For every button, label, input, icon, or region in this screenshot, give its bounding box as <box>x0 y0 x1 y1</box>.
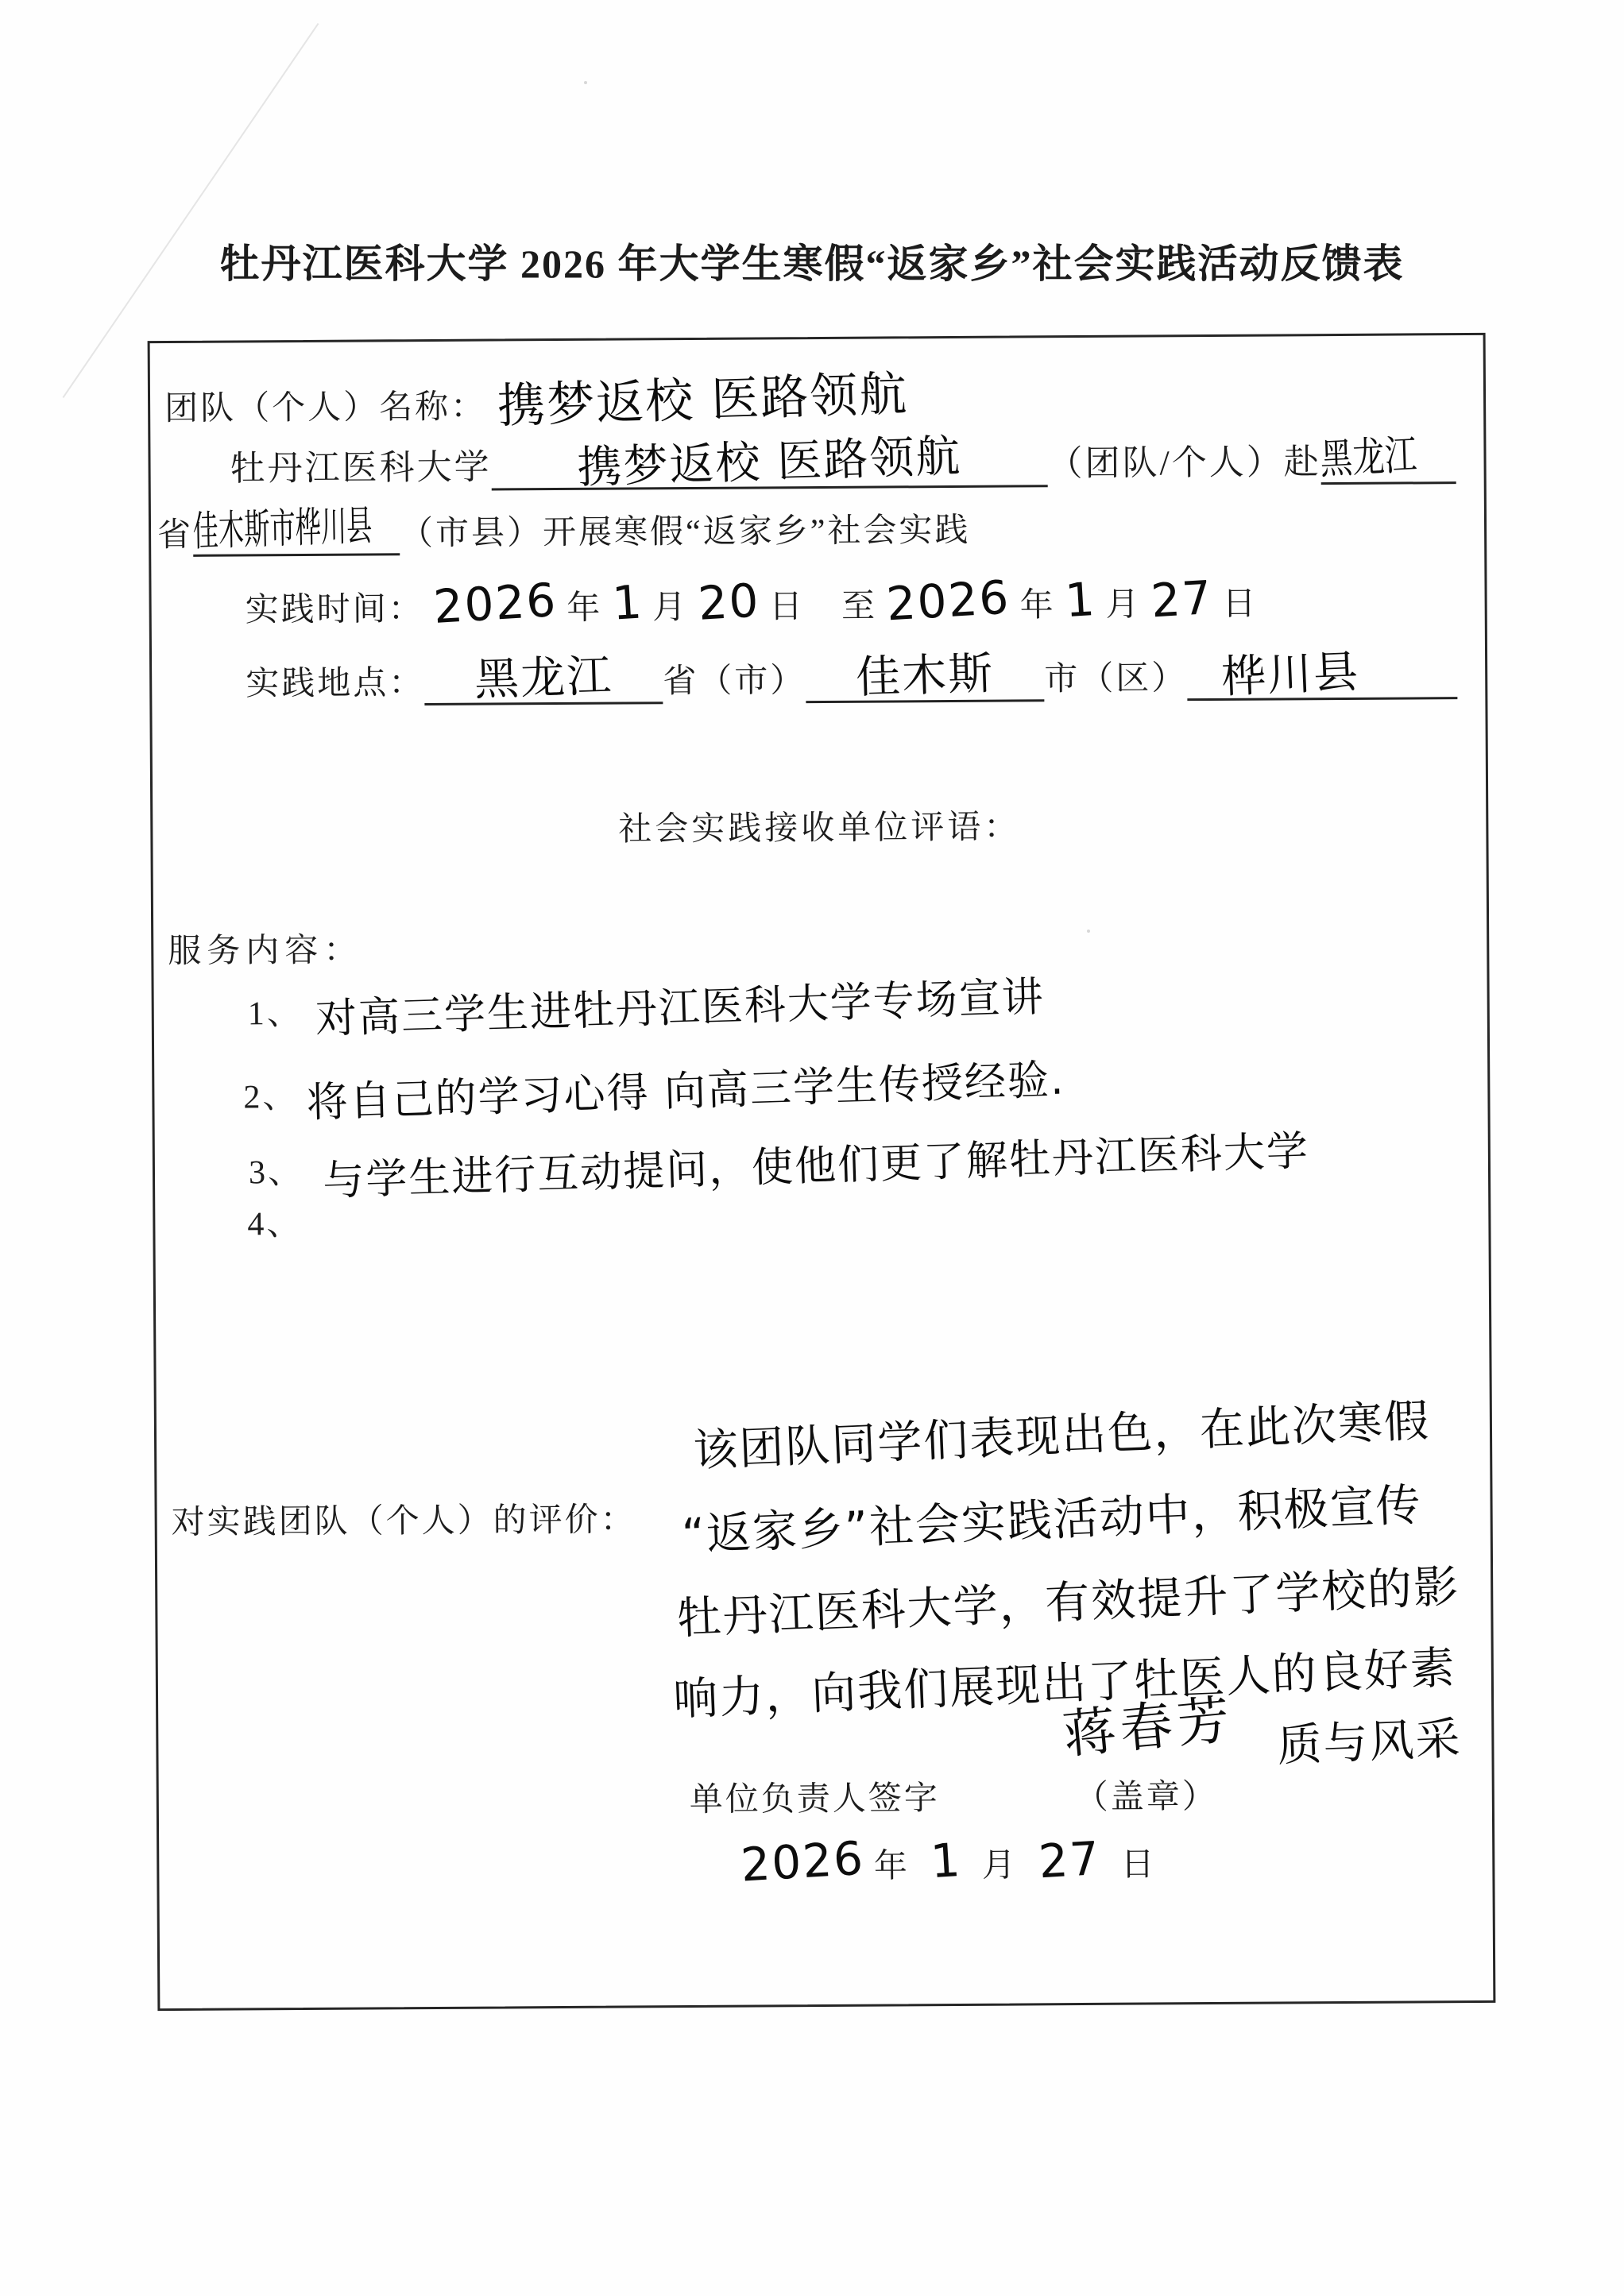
team-or-individual-label: （团队/个人）赴 <box>1047 443 1321 483</box>
form-box: 团队（个人）名称：携梦返校 医路领航 牡丹江医科大学携梦返校 医路领航（团队/个… <box>148 333 1496 2011</box>
place-province-unit: 省（市） <box>663 663 806 700</box>
province-prefix: 省 <box>157 517 193 554</box>
sign-label: 单位负责人签字 <box>690 1780 940 1819</box>
responsible-person-signature: 蒋春芳 <box>1059 1677 1237 1768</box>
service-item-num: 3、 <box>249 1154 304 1191</box>
page-title: 牡丹江医科大学 2026 年大学生寒假“返家乡”社会实践活动反馈表 <box>0 232 1624 289</box>
year-unit: 年 <box>1020 587 1056 624</box>
evaluation-line-5: 质与风采 <box>1276 1703 1463 1774</box>
end-month-value: 1 <box>1064 572 1098 628</box>
signoff-date-row: 2026年1月27日 <box>731 1832 1157 1888</box>
team-name-row: 团队（个人）名称：携梦返校 医路领航 <box>164 361 909 434</box>
service-item-4: 4、 <box>247 1197 302 1245</box>
scanned-feedback-form-page: 牡丹江医科大学 2026 年大学生寒假“返家乡”社会实践活动反馈表 团队（个人）… <box>0 0 1624 2296</box>
evaluation-line-3: 牡丹江医科大学，有效提升了学校的影 <box>675 1552 1460 1647</box>
evaluation-line-2: “返家乡”社会实践活动中，积极宣传 <box>680 1470 1423 1564</box>
service-item-3: 3、与学生进行互动提问，使他们更了解牡丹江医科大学 <box>249 1129 1309 1195</box>
service-item-text: 对高三学生进牡丹江医科大学专场宣讲 <box>315 963 1046 1045</box>
intro-rest: （市县）开展寒假“返家乡”社会实践 <box>400 512 971 552</box>
province-blank-value: 黑龙江 <box>1320 434 1417 482</box>
start-day-value: 20 <box>696 573 761 630</box>
practice-place-label: 实践地点： <box>246 665 424 702</box>
signoff-day-value: 27 <box>1037 1831 1102 1888</box>
province-blank: 黑龙江 <box>1321 438 1456 485</box>
signoff-month-value: 1 <box>929 1833 963 1888</box>
intro-line-2: 省佳木斯市桦川县（市县）开展寒假“返家乡”社会实践 <box>157 504 971 557</box>
end-year-value: 2026 <box>885 570 1011 632</box>
start-year-value: 2026 <box>432 573 559 634</box>
end-day-value: 27 <box>1150 570 1215 628</box>
month-unit: 月 <box>1105 587 1141 624</box>
place-province-value: 黑龙江 <box>474 653 613 704</box>
service-item-num: 1、 <box>248 995 303 1032</box>
city-county-blank-value: 佳木斯市桦川县 <box>192 504 373 554</box>
practice-time-row: 实践时间：2026年1月20日至2026年1月27日 <box>245 572 1258 632</box>
service-item-1: 1、对高三学生进牡丹江医科大学专场宣讲 <box>247 972 1044 1036</box>
intro-line-1: 牡丹江医科大学携梦返校 医路领航（团队/个人）赴黑龙江 <box>230 432 1456 492</box>
service-item-num: 4、 <box>247 1206 302 1243</box>
place-city-unit: 市（区） <box>1044 660 1187 698</box>
signoff-year-value: 2026 <box>739 1831 865 1892</box>
start-month-value: 1 <box>610 574 644 630</box>
seal-label: （盖章） <box>1075 1779 1218 1816</box>
team-name-label: 团队（个人）名称： <box>164 389 486 427</box>
place-city-value: 佳木斯 <box>855 651 995 702</box>
scan-speck <box>584 81 587 84</box>
place-province-blank: 黑龙江 <box>424 655 663 705</box>
evaluation-line-1: 该团队同学们表现出色，在此次寒假 <box>692 1386 1431 1479</box>
year-unit: 年 <box>566 590 602 627</box>
practice-place-row: 实践地点：黑龙江省（市）佳木斯市（区）桦川县 <box>246 650 1457 706</box>
team-name-blank-value: 携梦返校 医路领航 <box>577 434 962 493</box>
service-content-label: 服务内容： <box>168 924 362 972</box>
service-item-2: 2、将自己的学习心得 向高三学生传授经验. <box>243 1055 1065 1119</box>
service-item-num: 2、 <box>243 1079 298 1115</box>
university-name: 牡丹江医科大学 <box>230 448 491 489</box>
month-unit: 月 <box>652 589 688 626</box>
host-comment-title: 社会实践接收单位评语： <box>153 798 1486 853</box>
place-district-value: 桦川县 <box>1220 649 1360 702</box>
sign-seal-row: 单位负责人签字（盖章） <box>690 1770 1218 1821</box>
place-city-blank: 佳木斯 <box>806 652 1044 703</box>
service-item-text: 将自己的学习心得 向高三学生传授经验. <box>305 1046 1065 1128</box>
team-name-blank: 携梦返校 医路领航 <box>491 438 1047 490</box>
practice-time-label: 实践时间： <box>246 591 424 628</box>
day-unit: 日 <box>1121 1846 1157 1883</box>
service-item-text: 与学生进行互动提问，使他们更了解牡丹江医科大学 <box>322 1117 1310 1207</box>
city-county-blank: 佳木斯市桦川县 <box>193 509 400 556</box>
day-unit: 日 <box>769 589 805 625</box>
place-district-blank: 桦川县 <box>1187 650 1457 701</box>
month-unit: 月 <box>982 1848 1018 1884</box>
to-label: 至 <box>841 589 877 625</box>
team-name-value: 携梦返校 医路领航 <box>497 356 909 437</box>
evaluation-label: 对实践团队（个人）的评价： <box>171 1493 636 1544</box>
year-unit: 年 <box>874 1848 910 1884</box>
day-unit: 日 <box>1222 586 1258 623</box>
